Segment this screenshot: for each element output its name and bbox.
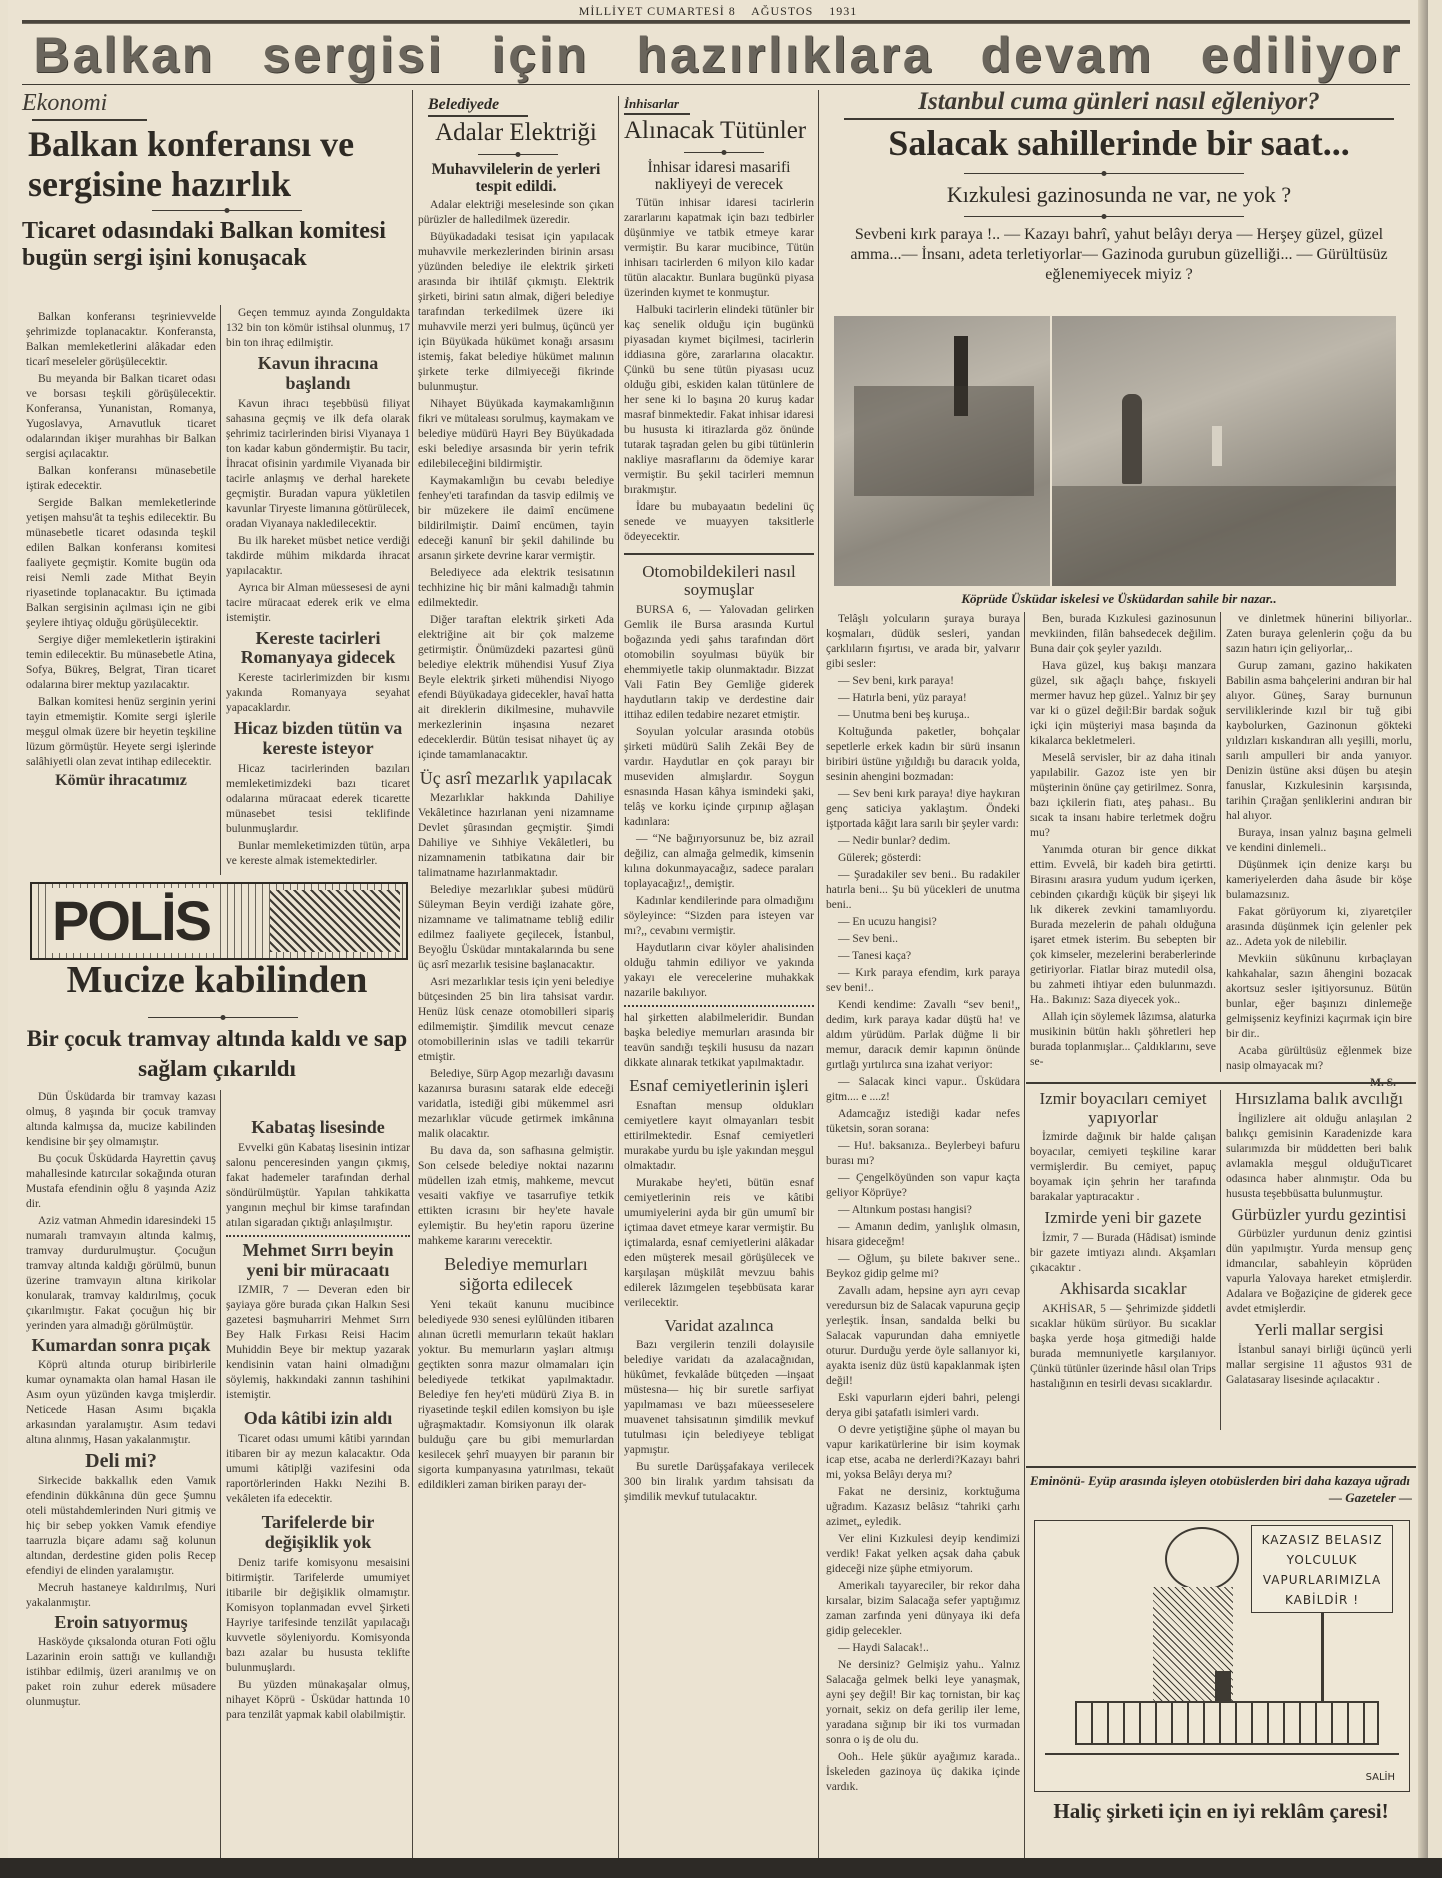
artist-signature: SALİH	[1366, 1772, 1395, 1783]
page-edge	[1418, 0, 1428, 1858]
cartoon-caption: Eminönü- Eyüp arasında işleyen otobüsler…	[1030, 1472, 1412, 1506]
subhead-eroin: Eroin satıyormuş	[26, 1613, 216, 1633]
article-salacak: Istanbul cuma günleri nasıl eğleniyor? S…	[824, 88, 1414, 285]
water-line	[1045, 1753, 1399, 1755]
cartoon-sign: KAZASIZ BELASIZ YOLCULUK VAPURLARIMIZLA …	[1251, 1525, 1393, 1613]
brief-title: Akhisarda sıcaklar	[1030, 1280, 1216, 1299]
cartoon-head	[1165, 1527, 1239, 1591]
ornament-divider	[148, 1017, 298, 1018]
subhead-komur: Kömür ihracatımız	[26, 772, 216, 790]
subhead: Ticaret odasındaki Balkan komitesi bugün…	[22, 218, 404, 271]
column-rule	[220, 1090, 221, 1858]
subhead-varidat: Varidat azalınca	[624, 1317, 814, 1336]
polis-subhead: Bir çocuk tramvay altında kaldı ve sap s…	[22, 1024, 412, 1084]
feature-subhead: Kızkulesi gazinosunda ne var, ne yok ?	[824, 183, 1414, 207]
brief-title: Gürbüzler yurdu gezintisi	[1226, 1206, 1412, 1225]
column-rule	[618, 96, 619, 1858]
brief-title: Izmir boyacıları cemiyet yapıyorlar	[1030, 1090, 1216, 1127]
ornament-divider	[478, 154, 558, 155]
subhead: Muhavvilelerin de yerleri tespit edildi.	[418, 161, 614, 195]
column-rule	[1220, 612, 1221, 1072]
dotted-divider	[624, 1005, 814, 1007]
kicker-rule	[844, 118, 1394, 120]
feature-headline: Salacak sahillerinde bir saat...	[824, 124, 1414, 164]
article-belediye: Belediyede Adalar Elektriği Muhavvileler…	[418, 96, 614, 1495]
subhead-kabatas: Kabataş lisesinde	[226, 1118, 410, 1138]
subhead-deli: Deli mi?	[26, 1450, 216, 1472]
brief-title: Hırsızlama balık avcılığı	[1226, 1090, 1412, 1109]
briefs-right: Hırsızlama balık avcılığı İngilizlere ai…	[1226, 1090, 1412, 1390]
subhead-oda: Oda kâtibi izin aldı	[226, 1409, 410, 1429]
column-rule	[220, 305, 221, 875]
maiden-tower	[1212, 426, 1222, 466]
banner-headline: Balkan sergisi için hazırlıklara devam e…	[8, 26, 1428, 84]
subhead-kumar: Kumardan sonra pıçak	[26, 1336, 216, 1356]
article-body: Tütün inhisar idaresi tacirlerin zararla…	[624, 196, 814, 1506]
article-ekonomi: Ekonomi Balkan konferansı ve sergisine h…	[22, 90, 404, 271]
brief-title: Yerli mallar sergisi	[1226, 1321, 1412, 1340]
section-kicker: Belediyede	[418, 96, 614, 114]
cartoon-punchline: Haliç şirketi için en iyi reklâm çaresi!	[1024, 1800, 1418, 1823]
subhead-kavun: Kavun ihracına başlandı	[226, 354, 410, 394]
subhead-tarife: Tarifelerde bir değişiklik yok	[226, 1513, 410, 1553]
masthead: MİLLİYET CUMARTESİ 8 AĞUSTOS 1931	[8, 4, 1428, 19]
subhead-oto: Otomobildekileri nasıl soymuşlar	[624, 563, 814, 600]
grass-foreground	[1052, 486, 1396, 586]
polis-logo-hatching	[270, 890, 400, 952]
article-inhisar: İnhisarlar Alınacak Tütünler İnhisar ida…	[624, 96, 814, 1507]
cartoon-rule	[1026, 1466, 1416, 1468]
brief-title: Izmirde yeni bir gazete	[1030, 1209, 1216, 1228]
section-divider	[624, 553, 814, 555]
feature-col-a: Telâşlı yolcuların şuraya buraya koşmala…	[826, 612, 1020, 1797]
newspaper-page: MİLLİYET CUMARTESİ 8 AĞUSTOS 1931 Balkan…	[8, 0, 1428, 1858]
ferry-boat	[1075, 1701, 1379, 1745]
feature-kicker: Istanbul cuma günleri nasıl eğleniyor?	[824, 88, 1414, 116]
feature-col-c: ve dinletmek hünerini biliyorlar.. Zaten…	[1226, 612, 1412, 1091]
headline: Alınacak Tütünler	[624, 117, 814, 145]
photo-uskudar-pier	[834, 316, 1050, 586]
kicker-rule	[624, 113, 690, 115]
column-rule	[1024, 612, 1025, 1858]
ornament-divider	[152, 210, 302, 211]
ornament-divider	[964, 216, 1244, 217]
subhead-kereste: Kereste tacirleri Romanyaya gidecek	[226, 629, 410, 669]
sign-pole	[1321, 1613, 1324, 1713]
scan-bottom-border	[0, 1858, 1442, 1878]
photo-caption: Köprüde Üsküdar iskelesi ve Üsküdardan s…	[824, 592, 1414, 606]
article-ekonomi-body-right: Geçen temmuz ayında Zonguldakta 132 bin …	[226, 306, 410, 871]
ornament-divider	[684, 152, 764, 153]
column-rule	[818, 90, 819, 1858]
subhead: İnhisar idaresi masarifi nakliyeyi de ve…	[624, 159, 814, 193]
kicker-rule	[428, 115, 528, 117]
subhead-sirri: Mehmet Sırrı beyin yeni bir müracaatı	[226, 1241, 410, 1281]
kicker-rule	[32, 119, 147, 121]
polis-logo-box: POLİS	[30, 882, 408, 960]
column-rule	[1220, 1090, 1221, 1430]
polis-body-left: Dün Üsküdarda bir tramvay kazası olmuş, …	[26, 1090, 216, 1712]
article-body: Adalar elektriği meselesinde son çıkan p…	[418, 198, 614, 1493]
article-ekonomi-body-left: Balkan konferansı teşrinievvelde şehrimi…	[26, 310, 216, 790]
person-silhouette	[1122, 394, 1142, 484]
subhead-mezar: Üç asrî mezarlık yapılacak	[418, 769, 614, 789]
briefs-rule	[1026, 1082, 1416, 1084]
ship-hull	[854, 386, 1034, 496]
feature-deck: Sevbeni kırk paraya !.. — Kazayı bahrî, …	[824, 225, 1414, 285]
subhead-sigorta: Belediye memurları siğorta edilecek	[418, 1255, 614, 1295]
headline: Adalar Elektriği	[418, 119, 614, 147]
polis-logo: POLİS	[46, 888, 216, 953]
dotted-divider	[226, 1235, 410, 1237]
column-rule	[412, 90, 413, 1858]
ferry-funnel	[1215, 1671, 1231, 1703]
briefs-left: Izmir boyacıları cemiyet yapıyorlar İzmi…	[1030, 1090, 1216, 1394]
subhead-esnaf: Esnaf cemiyetlerinin işleri	[624, 1077, 814, 1096]
polis-headline: Mucize kabilinden	[22, 960, 412, 1002]
masthead-rule	[22, 20, 1410, 24]
section-kicker: İnhisarlar	[624, 96, 814, 112]
polis-body-right: Kabataş lisesinde Evvelki gün Kabataş li…	[226, 1090, 410, 1725]
cartoon-illustration: KAZASIZ BELASIZ YOLCULUK VAPURLARIMIZLA …	[1034, 1520, 1410, 1792]
headline: Balkan konferansı ve sergisine hazırlık	[22, 125, 404, 204]
photo-salacak-shore	[1052, 316, 1396, 586]
ornament-divider	[964, 173, 1244, 174]
subhead-hicaz: Hicaz bizden tütün va kereste isteyor	[226, 719, 410, 759]
section-kicker: Ekonomi	[22, 90, 404, 117]
feature-col-b: Ben, burada Kızkulesi gazinosunun mevkii…	[1030, 612, 1216, 1072]
banner-rule	[22, 84, 1410, 85]
